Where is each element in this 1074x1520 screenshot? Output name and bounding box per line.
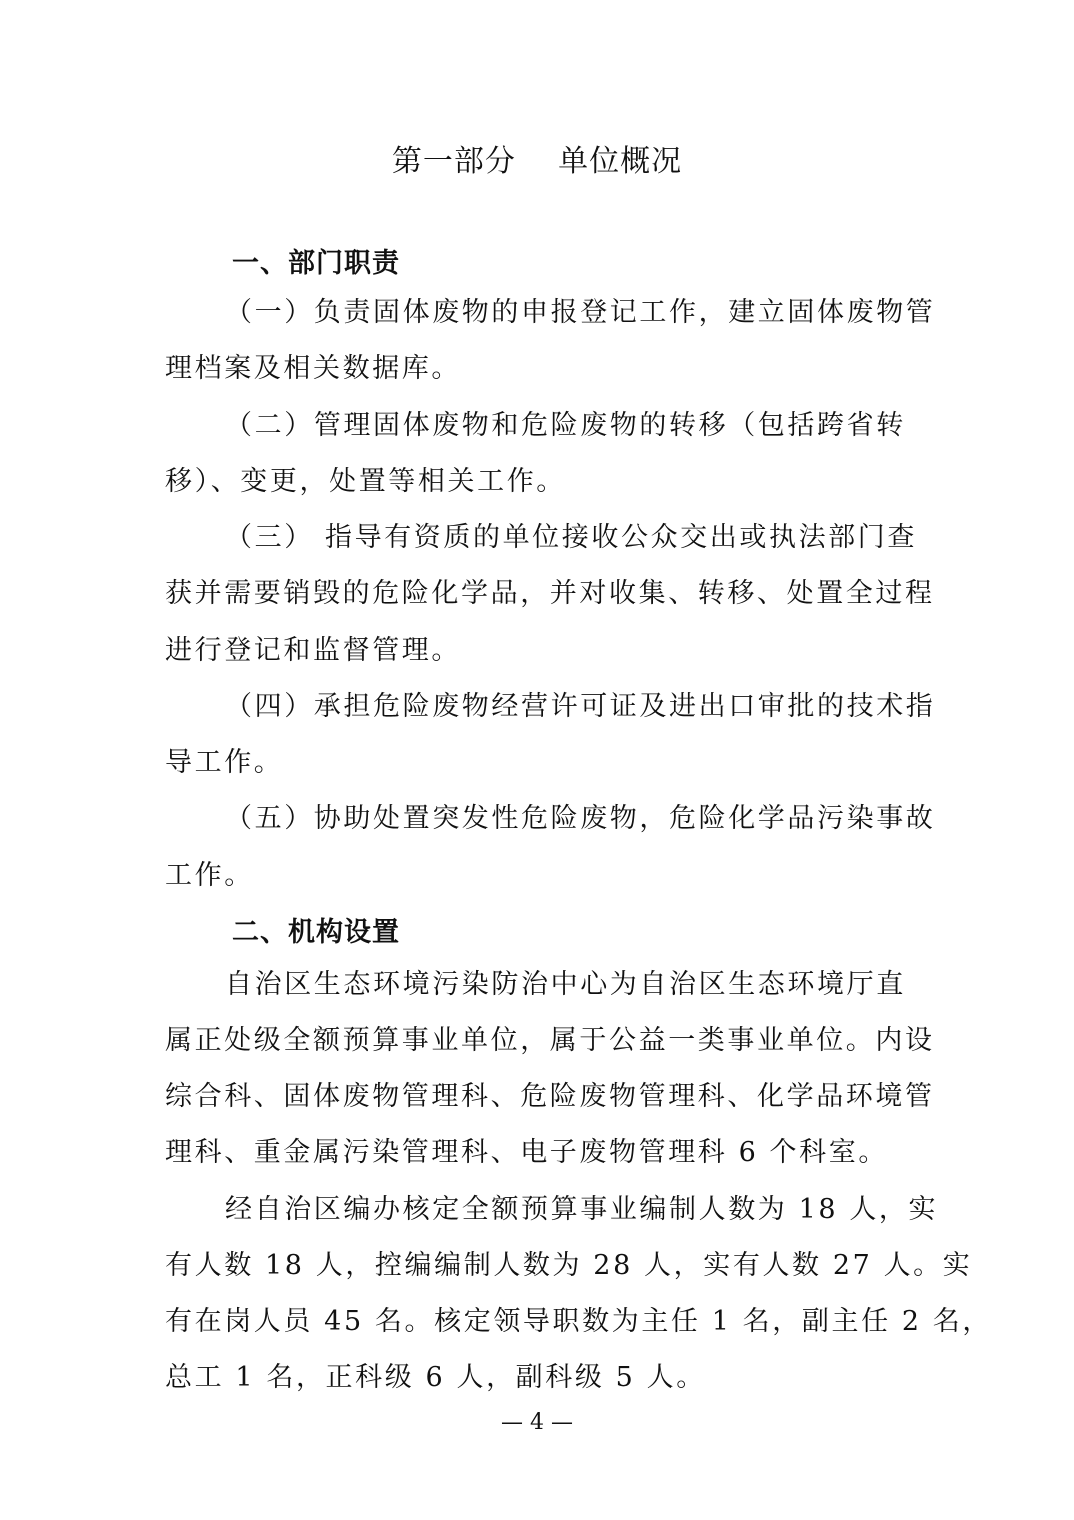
paragraph-line: 导工作。 <box>165 743 283 783</box>
paragraph-line: 属正处级全额预算事业单位，属于公益一类事业单位。内设 <box>165 1021 935 1061</box>
paragraph-line: （一）负责固体废物的申报登记工作，建立固体废物管 <box>225 293 935 333</box>
paragraph-line: （四）承担危险废物经营许可证及进出口审批的技术指 <box>225 687 935 727</box>
document-page: 第一部分 单位概况 一、部门职责 （一）负责固体废物的申报登记工作，建立固体废物… <box>0 0 1074 1520</box>
paragraph-line: 综合科、固体废物管理科、危险废物管理科、化学品环境管 <box>165 1077 935 1117</box>
paragraph-line: （三） 指导有资质的单位接收公众交出或执法部门查 <box>225 518 917 558</box>
paragraph-line: 有在岗人员 45 名。核定领导职数为主任 1 名，副主任 2 名， <box>165 1302 992 1342</box>
paragraph-line: 经自治区编办核定全额预算事业编制人数为 18 人，实 <box>225 1190 938 1230</box>
paragraph-line: 工作。 <box>165 856 254 896</box>
section-heading-organization: 二、机构设置 <box>232 913 400 953</box>
paragraph-line: 进行登记和监督管理。 <box>165 631 461 671</box>
paragraph-line: 有人数 18 人，控编编制人数为 28 人，实有人数 27 人。实 <box>165 1246 972 1286</box>
paragraph-line: （二）管理固体废物和危险废物的转移（包括跨省转 <box>225 406 906 446</box>
paragraph-line: （五）协助处置突发性危险废物，危险化学品污染事故 <box>225 799 935 839</box>
paragraph-line: 获并需要销毁的危险化学品，并对收集、转移、处置全过程 <box>165 574 935 614</box>
page-number: — 4 — <box>0 1408 1074 1438</box>
paragraph-line: 自治区生态环境污染防治中心为自治区生态环境厅直 <box>225 965 906 1005</box>
paragraph-line: 理档案及相关数据库。 <box>165 349 461 389</box>
section-heading-duties: 一、部门职责 <box>232 244 400 284</box>
paragraph-line: 总工 1 名，正科级 6 人，副科级 5 人。 <box>165 1358 706 1398</box>
page-title: 第一部分 单位概况 <box>0 140 1074 184</box>
paragraph-line: 移）、变更，处置等相关工作。 <box>165 462 566 502</box>
paragraph-line: 理科、重金属污染管理科、电子废物管理科 6 个科室。 <box>165 1133 888 1173</box>
